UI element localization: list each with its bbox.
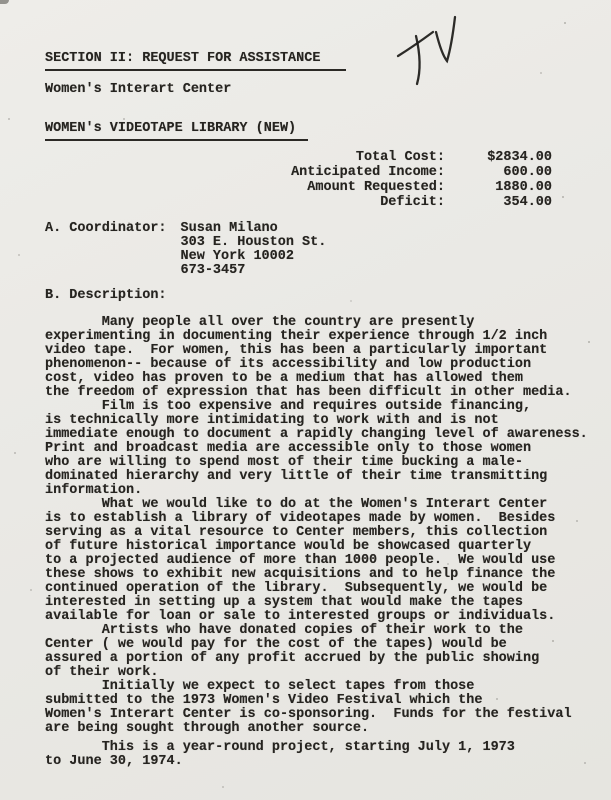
description-body: Many people all over the country are pre…	[45, 316, 593, 769]
budget-row: Deficit: 354.00	[45, 195, 552, 210]
scan-corner-artifact	[0, 0, 9, 4]
handwritten-tv-annotation	[390, 8, 475, 93]
budget-label: Anticipated Income:	[45, 165, 445, 180]
tv-v-stroke	[436, 17, 455, 61]
budget-value: 600.00	[445, 165, 552, 180]
description-paragraph: This is a year-round project, starting J…	[45, 741, 593, 769]
description-paragraph: Many people all over the country are pre…	[45, 316, 593, 400]
description-paragraph: Artists who have donated copies of their…	[45, 624, 593, 680]
budget-row: Total Cost: $2834.00	[45, 150, 552, 165]
coordinator-name: Susan Milano	[181, 222, 327, 236]
budget-label: Amount Requested:	[45, 180, 445, 195]
budget-label: Total Cost:	[45, 150, 445, 165]
coordinator-address-line-1: 303 E. Houston St.	[181, 236, 327, 250]
description-paragraph: Film is too expensive and requires outsi…	[45, 400, 593, 498]
document-title: WOMEN's VIDEOTAPE LIBRARY (NEW)	[45, 122, 308, 141]
budget-label: Deficit:	[45, 195, 445, 210]
description-paragraph: What we would like to do at the Women's …	[45, 498, 593, 624]
coordinator-phone: 673-3457	[181, 264, 327, 278]
budget-value: 354.00	[445, 195, 552, 210]
budget-value: 1880.00	[445, 180, 552, 195]
organization-name: Women's Interart Center	[45, 83, 593, 97]
description-paragraph: Initially we expect to select tapes from…	[45, 680, 593, 736]
section-heading: SECTION II: REQUEST FOR ASSISTANCE	[45, 52, 346, 71]
coordinator-section: A. Coordinator: Susan Milano 303 E. Hous…	[45, 222, 593, 278]
budget-value: $2834.00	[445, 150, 552, 165]
description-label: B. Description:	[45, 289, 593, 303]
budget-row: Amount Requested: 1880.00	[45, 180, 552, 195]
budget-row: Anticipated Income: 600.00	[45, 165, 552, 180]
coordinator-details: Susan Milano 303 E. Houston St. New York…	[181, 222, 327, 278]
coordinator-label: A. Coordinator:	[45, 222, 167, 278]
coordinator-address-line-2: New York 10002	[181, 250, 327, 264]
document-page: SECTION II: REQUEST FOR ASSISTANCE Women…	[0, 0, 611, 800]
budget-table: Total Cost: $2834.00 Anticipated Income:…	[45, 150, 552, 210]
